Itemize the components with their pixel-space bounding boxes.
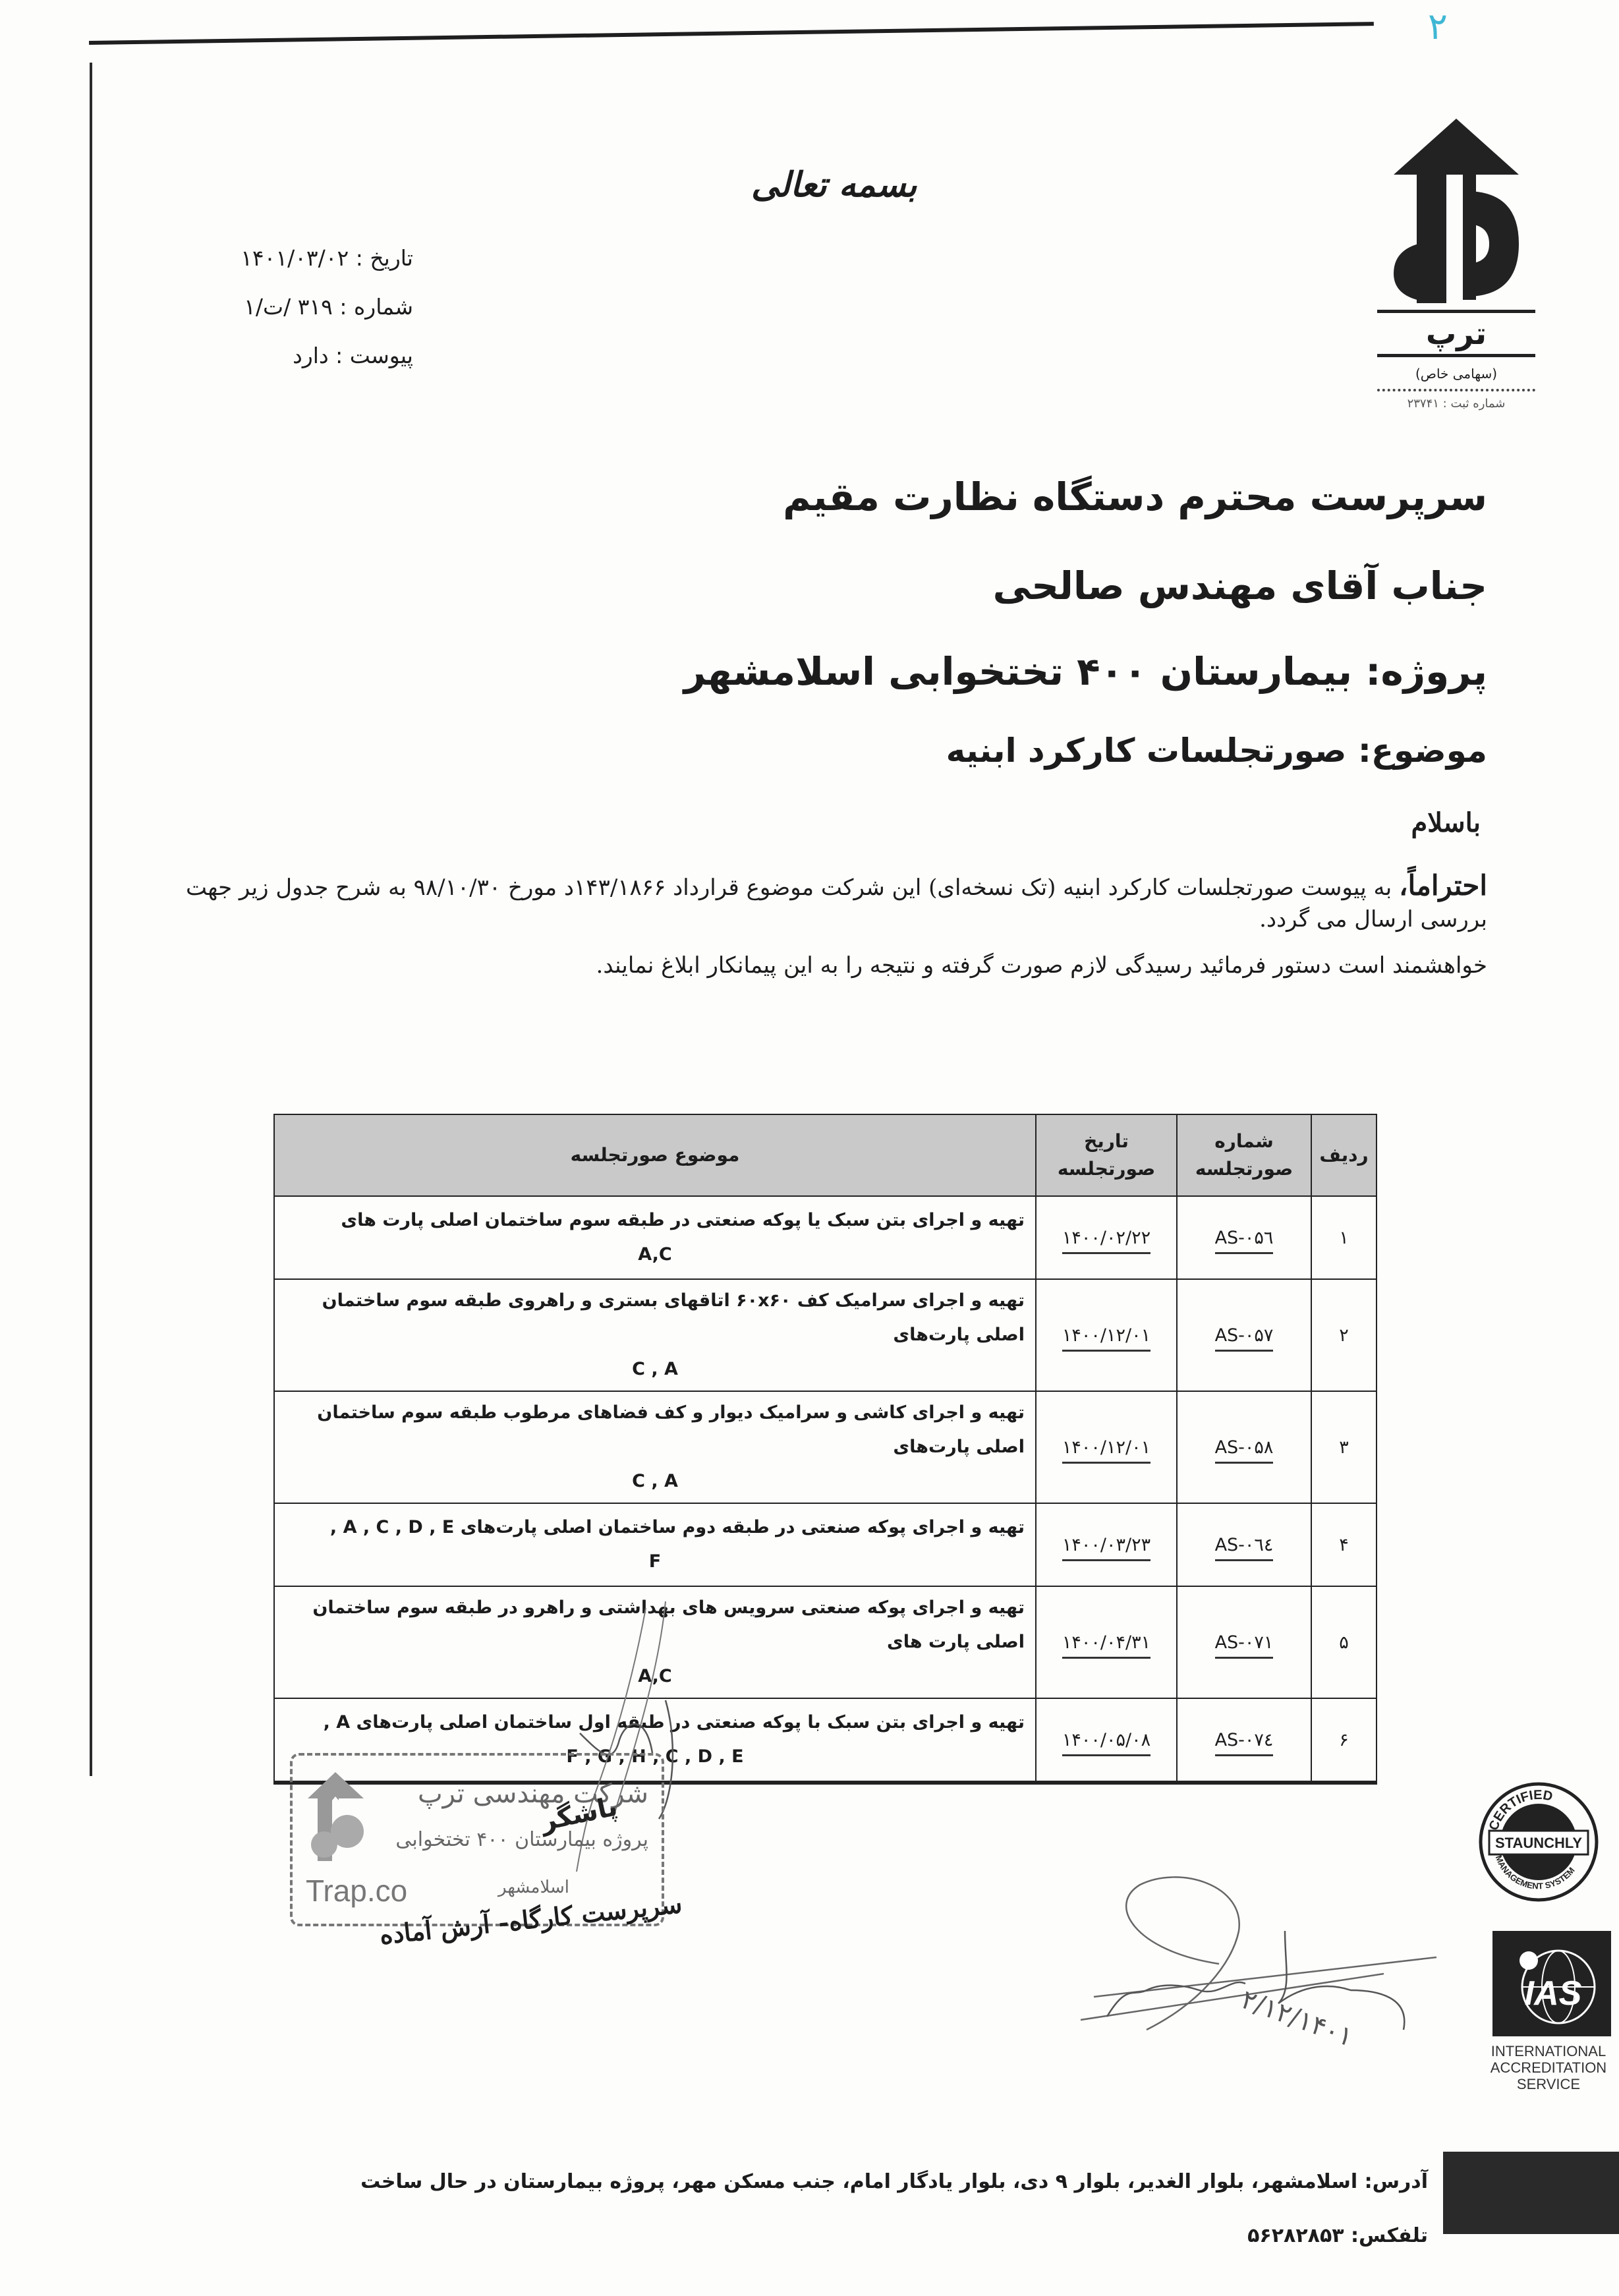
table-row: ۲ AS-۰۵۷ ۱۴۰۰/۱۲/۰۱ تهیه و اجرای سرامیک … (274, 1279, 1377, 1391)
body-paragraph-1: به پیوست صورتجلسات کارکرد ابنیه (تک نسخه… (186, 875, 1487, 933)
ias-logo-icon: IAS (1492, 1931, 1611, 2036)
cell-number: AS-۰۷٤ (1177, 1698, 1311, 1783)
cell-date: ۱۴۰۰/۰۳/۲۳ (1036, 1503, 1177, 1586)
cell-subject: تهیه و اجرای سرامیک کف ۶۰x۶۰ اتاقهای بست… (274, 1279, 1036, 1391)
ias-caption: INTERNATIONAL ACCREDITATION SERVICE (1479, 2043, 1618, 2092)
logo-divider (1377, 389, 1535, 391)
margin-rule (90, 63, 92, 1776)
letter-date: تاریخ : ۱۴۰۱/۰۳/۰۲ (176, 234, 413, 283)
cell-date: ۱۴۰۰/۰۲/۲۲ (1036, 1196, 1177, 1279)
svg-text:IAS: IAS (1525, 1974, 1582, 2013)
greeting: باسلام (1411, 807, 1481, 838)
cell-date: ۱۴۰۰/۰۴/۳۱ (1036, 1586, 1177, 1698)
cell-date: ۱۴۰۰/۱۲/۰۱ (1036, 1279, 1177, 1391)
table-row: ۴ AS-۰٦٤ ۱۴۰۰/۰۳/۲۳ تهیه و اجرای پوکه صن… (274, 1503, 1377, 1586)
stamp-logo-icon (304, 1769, 367, 1868)
cell-date: ۱۴۰۰/۰۵/۰۸ (1036, 1698, 1177, 1783)
cell-row: ۳ (1311, 1391, 1377, 1503)
table-row: ۵ AS-۰۷۱ ۱۴۰۰/۰۴/۳۱ تهیه و اجرای پوکه صن… (274, 1586, 1377, 1698)
stamp-city: اسلامشهر (498, 1878, 569, 1897)
recipient-name: جناب آقای مهندس صالحی (993, 563, 1487, 608)
cell-number: AS-۰۵۸ (1177, 1391, 1311, 1503)
logo-subtitle: (سهامی خاص) (1377, 366, 1535, 382)
project-line: پروژه: بیمارستان ۴۰۰ تختخوابی اسلامشهر (684, 649, 1487, 694)
company-logo: ترپ (سهامی خاص) شماره ثبت : ۲۳۷۴۱ (1367, 112, 1545, 415)
cell-row: ۴ (1311, 1503, 1377, 1586)
footer-band (1443, 2152, 1619, 2234)
body-paragraph-2: خواهشمند است دستور فرمائید رسیدگی لازم ص… (183, 950, 1487, 981)
footer-address: آدرس: اسلامشهر، بلوار الغدیر، بلوار ۹ دی… (242, 2168, 1428, 2196)
footer-telfax: تلفکس: ۵۶۲۸۲۸۵۳ (1247, 2224, 1428, 2247)
letter-meta: تاریخ : ۱۴۰۱/۰۳/۰۲ شماره : ۳۱۹ /ت/۱ پیوس… (176, 234, 413, 380)
header-rule (89, 22, 1374, 45)
logo-registration: شماره ثبت : ۲۳۷۴۱ (1377, 397, 1535, 411)
cell-number: AS-۰٦٤ (1177, 1503, 1311, 1586)
trap-logo-icon (1367, 112, 1545, 310)
page-number: ۲ (1428, 5, 1448, 48)
cell-number: AS-۰۵٦ (1177, 1196, 1311, 1279)
table-header-row: ردیف شماره صورتجلسه تاریخ صورتجلسه موضوع… (274, 1114, 1377, 1196)
letter-number: شماره : ۳۱۹ /ت/۱ (176, 283, 413, 331)
cell-subject: تهیه و اجرای پوکه صنعتی در طبقه دوم ساخت… (274, 1503, 1036, 1586)
stamp-project: پروژه بیمارستان ۴۰۰ تختخوابی (395, 1828, 648, 1851)
table-row: ۱ AS-۰۵٦ ۱۴۰۰/۰۲/۲۲ تهیه و اجرای بتن سبک… (274, 1196, 1377, 1279)
cell-row: ۵ (1311, 1586, 1377, 1698)
cell-number: AS-۰۵۷ (1177, 1279, 1311, 1391)
cell-row: ۲ (1311, 1279, 1377, 1391)
col-date: تاریخ صورتجلسه (1036, 1114, 1177, 1196)
cell-number: AS-۰۷۱ (1177, 1586, 1311, 1698)
logo-name: ترپ (1377, 310, 1535, 357)
col-subject: موضوع صورتجلسه (274, 1114, 1036, 1196)
cell-subject: تهیه و اجرای کاشی و سرامیک دیوار و کف فض… (274, 1391, 1036, 1503)
col-row: ردیف (1311, 1114, 1377, 1196)
certified-badge-icon: STAUNCHLY CERTIFIED MANAGEMENT SYSTEM (1476, 1779, 1601, 1905)
stamp-website: Trap.co (306, 1873, 407, 1909)
svg-text:STAUNCHLY: STAUNCHLY (1495, 1835, 1582, 1851)
body-lead: احتراماً، (1399, 869, 1487, 902)
letter-attachment: پیوست : دارد (176, 331, 413, 380)
minutes-table: ردیف شماره صورتجلسه تاریخ صورتجلسه موضوع… (273, 1114, 1377, 1785)
cell-row: ۱ (1311, 1196, 1377, 1279)
letter-body: احتراماً، به پیوست صورتجلسات کارکرد ابنی… (183, 870, 1487, 996)
recipient-title: سرپرست محترم دستگاه نظارت مقیم (783, 474, 1487, 519)
basmala: بسمه تعالی (751, 165, 917, 205)
cell-date: ۱۴۰۰/۱۲/۰۱ (1036, 1391, 1177, 1503)
subject-line: موضوع: صورتجلسات کارکرد ابنیه (946, 732, 1487, 770)
cell-row: ۶ (1311, 1698, 1377, 1783)
col-number: شماره صورتجلسه (1177, 1114, 1311, 1196)
table-row: ۳ AS-۰۵۸ ۱۴۰۰/۱۲/۰۱ تهیه و اجرای کاشی و … (274, 1391, 1377, 1503)
cell-subject: تهیه و اجرای بتن سبک یا پوکه صنعتی در طب… (274, 1196, 1036, 1279)
